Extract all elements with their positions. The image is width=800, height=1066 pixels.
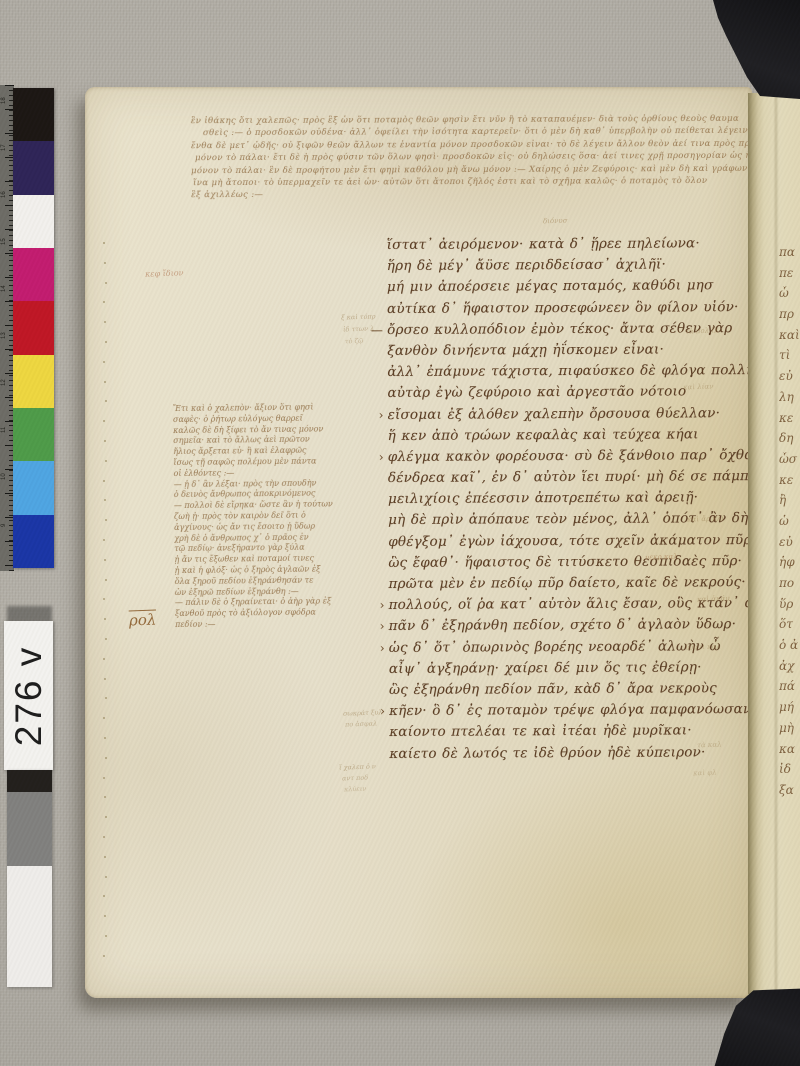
critical-sign: › [365, 641, 385, 655]
color-patch [13, 408, 54, 461]
main-text-line: φθέγξομ᾽ ἐγὼν ἰάχουσα, τότε σχεῖν ἀκάματ… [388, 532, 752, 555]
main-text-line: αἶψ᾽ ἀγξηράνῃ· χαίρει δέ μιν ὅς τις ἐθεί… [389, 659, 753, 682]
margin-note: καὶ ἄρ κλι [687, 514, 724, 523]
main-text-iliad: ἵστατ᾽ ἀειρόμενον· κατὰ δ᾽ ᾕρεε πηλείωνα… [387, 235, 754, 767]
pricking-hole [103, 361, 105, 363]
main-text-line: ὣς ἐξηράνθη πεδίον πᾶν, κὰδ δ᾽ ἄρα νεκρο… [389, 680, 753, 703]
clipped-line-fragment: ἢ [779, 493, 800, 514]
pricking-hole [105, 757, 107, 759]
clipped-line-fragment: ὕρ [779, 597, 800, 618]
main-text-line: ὣς ἔφαθ᾽· ἥφαιστος δὲ τιτύσκετο θεσπιδαὲ… [388, 553, 752, 576]
pricking-hole [105, 579, 107, 581]
color-patch [13, 301, 54, 354]
verse-text: ὣς ἐξηράνθη πεδίον πᾶν, κὰδ δ᾽ ἄρα νεκρο… [389, 680, 717, 698]
margin-note: αντ ποδ [342, 774, 368, 783]
pricking-hole [103, 242, 105, 244]
verse-text: κῆεν· ὃ δ᾽ ἐς ποταμὸν τρέψε φλόγα παμφαν… [389, 701, 756, 719]
main-text-line: μή μιν ἀποέρσειε μέγας ποταμός, καθύδι μ… [387, 277, 751, 300]
main-text-line: δένδρεα καῖ᾽, ἐν δ᾽ αὐτὸν ἵει πυρί· μὴ δ… [388, 468, 752, 491]
clipped-line-fragment: ὁ ἀ [779, 638, 800, 659]
ruler: 1817161514131211109 [0, 85, 14, 571]
main-text-line: πρῶτα μὲν ἐν πεδίῳ πῦρ δαίετο, καῖε δὲ ν… [388, 574, 752, 597]
left-margin-scholia: Ἔτι καὶ ὁ χαλεπὸν· ἄξιον ὅτι φησὶσαφὲς· … [173, 402, 375, 631]
verse-text: αὐτίκα δ᾽ ἥφαιστον προσεφώνεεν ὃν φίλον … [387, 299, 739, 317]
pricking-hole [104, 262, 106, 264]
color-patch [13, 141, 54, 194]
clipped-line-fragment: ξα [779, 783, 800, 804]
clipped-line-fragment: πα [779, 245, 800, 266]
pricking-hole [103, 658, 105, 660]
main-text-line: ›πᾶν δ᾽ ἐξηράνθη πεδίον, σχέτο δ᾽ ἀγλαὸν… [389, 616, 753, 639]
top-scholia-line: ἓξ ἀχιλλέως :— [191, 188, 751, 203]
margin-note: ξ καὶ τόπρ [341, 312, 376, 321]
clipped-line-fragment: ὅτ [779, 617, 800, 638]
top-margin-scholia: ἓν ἰθάκης ὅτι χαλεπῶς· πρὸς ἓξ ὧν ὅτι πο… [191, 114, 751, 203]
pricking-hole [105, 697, 107, 699]
ruler-number: 13 [1, 331, 7, 339]
pricking-hole [103, 420, 105, 422]
pricking-hole [104, 678, 106, 680]
clipped-line-fragment: πά [779, 679, 800, 700]
ruler-number: 18 [1, 96, 7, 104]
verse-text: μειλιχίοις ἐπέεσσιν ἀποτρεπέτω καὶ ἀρειῇ… [388, 490, 698, 508]
grayscale-calibration [7, 770, 52, 987]
clipped-line-fragment: πο [779, 576, 800, 597]
ruler-number: 15 [1, 237, 7, 245]
margin-note: τὰ πολ ἴλ [685, 326, 719, 335]
clipped-line-fragment: ἀχ [779, 659, 800, 680]
pricking-hole [104, 321, 106, 323]
margin-note: ρολ [129, 611, 157, 630]
clipped-line-fragment: ὧ [779, 286, 800, 307]
clipped-line-fragment: κε [779, 411, 800, 432]
pricking-hole [103, 480, 105, 482]
gutter-crease [775, 93, 777, 994]
folio-number: 276 v [8, 645, 50, 746]
verse-text: καίοντο πτελέαι τε καὶ ἰτέαι ἠδὲ μυρῖκαι… [389, 723, 692, 741]
main-text-line: μειλιχίοις ἐπέεσσιν ἀποτρεπέτω καὶ ἀρειῇ… [388, 489, 752, 512]
clipped-line-fragment: ἰδ [779, 762, 800, 783]
main-text-line: ἥρη δὲ μέγ᾽ ἄϋσε περιδδείσασ᾽ ἀχιλῆϊ· [387, 256, 751, 279]
pricking-hole [105, 935, 107, 937]
grayscale-patch [7, 792, 52, 866]
pricking-hole [103, 598, 105, 600]
clipped-line-fragment: τὶ [779, 348, 800, 369]
pricking-hole [104, 381, 106, 383]
pricking-hole [105, 519, 107, 521]
main-text-line: ›κῆεν· ὃ δ᾽ ἐς ποταμὸν τρέψε φλόγα παμφα… [389, 701, 753, 724]
main-text-line: ›εἴσομαι ἐξ ἁλόθεν χαλεπὴν ὄρσουσα θύελλ… [388, 405, 752, 428]
ruler-number: 12 [1, 378, 7, 386]
color-patch [13, 515, 54, 568]
pricking-hole [104, 737, 106, 739]
margin-note: πο ἀσφαλ [345, 719, 377, 728]
margin-note: κλύειν [344, 785, 367, 794]
ruler-number: 9 [1, 519, 7, 527]
critical-sign: › [365, 619, 385, 633]
margin-note: καὶ φλ [693, 769, 717, 778]
clipped-line-fragment: μή [779, 700, 800, 721]
black-cloth-top-right [700, 0, 800, 99]
color-patch [13, 461, 54, 514]
pricking-hole [105, 638, 107, 640]
clipped-line-fragment: ὡ [779, 514, 800, 535]
pricking-hole [103, 895, 105, 897]
label-shadow [7, 606, 52, 622]
pricking-hole [104, 796, 106, 798]
verse-text: ὄρσεο κυλλοπόδιον ἐμὸν τέκος· ἄντα σέθεν… [387, 320, 732, 338]
color-patch [13, 195, 54, 248]
clipped-line-fragment: εὐ [779, 535, 800, 556]
verse-text: αὐτὰρ ἐγὼ ζεφύροιο καὶ ἀργεστᾶο νότοιο [387, 384, 686, 402]
margin-note: καὶ λίαν [683, 382, 714, 391]
pricking-hole [104, 856, 106, 858]
pricking-hole [103, 777, 105, 779]
verse-text: ξανθὸν δινήεντα μάχῃ ἠΐσκομεν εἶναι· [387, 341, 664, 358]
clipped-line-fragment: λη [779, 390, 800, 411]
margin-note: ὕδατι καλ [685, 642, 721, 651]
color-calibration-bar [13, 88, 54, 568]
pricking-hole [104, 915, 106, 917]
verse-text: ἀλλ᾽ ἐπάμυνε τάχιστα, πιφαύσκεο δὲ φλόγα… [387, 362, 767, 380]
color-patch [13, 355, 54, 408]
clipped-line-fragment: ἡφ [779, 555, 800, 576]
verse-text: πρῶτα μὲν ἐν πεδίῳ πῦρ δαίετο, καῖε δὲ ν… [388, 574, 745, 592]
clipped-line-fragment: εὐ [779, 369, 800, 390]
color-patch [13, 248, 54, 301]
clipped-line-fragment: μὴ [779, 721, 800, 742]
main-text-line: αὐτίκα δ᾽ ἥφαιστον προσεφώνεεν ὃν φίλον … [387, 299, 751, 322]
margin-note: κεφ ἴδιον [145, 268, 184, 278]
clipped-line-fragment: ὧσ [779, 452, 800, 473]
verse-text: ἵστατ᾽ ἀειρόμενον· κατὰ δ᾽ ᾕρεε πηλείωνα… [387, 235, 700, 253]
pricking-hole [103, 955, 105, 957]
verse-text: ὣς ἔφαθ᾽· ἥφαιστος δὲ τιτύσκετο θεσπιδαὲ… [388, 553, 742, 571]
manuscript-photo: 1817161514131211109 276 v ἓν ἰθάκης ὅτι … [0, 0, 800, 1066]
ruler-number: 10 [1, 472, 7, 480]
book-fore-edge: παπεὧπρκαὶτὶεὐληκεδηὧσκεἢὡεὐἡφποὕρὅτὁ ἀἀ… [748, 93, 800, 994]
pricking-hole [104, 618, 106, 620]
main-text-line: ἥ κεν ἀπὸ τρώων κεφαλὰς καὶ τεύχεα κήαι [388, 426, 752, 449]
margin-note: νεκρ καλ [645, 552, 678, 561]
critical-sign: › [364, 450, 384, 464]
grayscale-patch [7, 866, 52, 987]
pricking-hole [103, 301, 105, 303]
verse-text: φλέγμα κακὸν φορέουσα· σὺ δὲ ξάνθοιο παρ… [388, 447, 762, 465]
margin-note: ἴ χαλεπ ὁ ν [339, 762, 376, 771]
verse-text: πολλούς, οἵ ῥα κατ᾽ αὐτὸν ἅλις ἔσαν, οὓς… [389, 595, 800, 613]
clipped-line-fragment: πρ [779, 307, 800, 328]
clipped-line-fragment: πε [779, 266, 800, 287]
clipped-line-fragment: καὶ [779, 328, 800, 349]
main-text-line: ἀλλ᾽ ἐπάμυνε τάχιστα, πιφαύσκεο δὲ φλόγα… [387, 362, 751, 385]
color-patch [13, 88, 54, 141]
margin-note: τὰ καλ [697, 741, 722, 750]
margin-note: ἰδ ττων λ [343, 324, 374, 333]
pricking-hole [105, 400, 107, 402]
clipped-line-fragment: κε [779, 473, 800, 494]
clipped-line-fragment: κα [779, 742, 800, 763]
margin-note: διόνυσ [543, 217, 568, 226]
pricking-hole [103, 539, 105, 541]
pricking-hole [104, 499, 106, 501]
margin-note: τὸ ζῷ [345, 337, 364, 346]
ruler-number: 16 [1, 190, 7, 198]
pricking-hole [104, 559, 106, 561]
ruler-number: 11 [1, 425, 7, 433]
left-scholia-line: πεδίον :— [175, 618, 375, 631]
pricking-hole [105, 282, 107, 284]
main-text-line: ›φλέγμα κακὸν φορέουσα· σὺ δὲ ξάνθοιο πα… [388, 447, 752, 470]
verse-text: δένδρεα καῖ᾽, ἐν δ᾽ αὐτὸν ἵει πυρί· μὴ δ… [388, 468, 767, 486]
critical-sign: › [364, 407, 384, 421]
ruler-number: 14 [1, 284, 7, 292]
verse-text: ἥρη δὲ μέγ᾽ ἄϋσε περιδδείσασ᾽ ἀχιλῆϊ· [387, 257, 666, 274]
pricking-hole [105, 460, 107, 462]
folio-label: 276 v [4, 621, 53, 770]
margin-note: σωκράτ ξυλ [343, 708, 383, 717]
main-text-line: ἵστατ᾽ ἀειρόμενον· κατὰ δ᾽ ᾕρεε πηλείωνα… [387, 235, 751, 258]
verse-text: μή μιν ἀποέρσειε μέγας ποταμός, καθύδι μ… [387, 278, 714, 296]
grayscale-patch [7, 770, 52, 792]
verse-text: εἴσομαι ἐξ ἁλόθεν χαλεπὴν ὄρσουσα θύελλα… [388, 405, 721, 423]
verse-text: αἶψ᾽ ἀγξηράνῃ· χαίρει δέ μιν ὅς τις ἐθεί… [389, 659, 702, 677]
margin-note: καὶ ἀκάμ [697, 594, 730, 603]
verse-text: καίετο δὲ λωτός τε ἰδὲ θρύον ἠδὲ κύπειρο… [389, 744, 705, 762]
main-text-line: ξανθὸν δινήεντα μάχῃ ἠΐσκομεν εἶναι· [387, 341, 751, 364]
verse-text: ἥ κεν ἀπὸ τρώων κεφαλὰς καὶ τεύχεα κήαι [388, 426, 699, 444]
manuscript-page: ἓν ἰθάκης ὅτι χαλεπῶς· πρὸς ἓξ ὧν ὅτι πο… [85, 87, 752, 998]
next-folio-clipped-text: παπεὧπρκαὶτὶεὐληκεδηὧσκεἢὡεὐἡφποὕρὅτὁ ἀἀ… [779, 245, 800, 804]
pricking-hole [103, 717, 105, 719]
verse-text: φθέγξομ᾽ ἐγὼν ἰάχουσα, τότε σχεῖν ἀκάματ… [388, 532, 756, 550]
pricking-hole [105, 876, 107, 878]
pricking-hole [103, 836, 105, 838]
pricking-hole [104, 440, 106, 442]
clipped-line-fragment: δη [779, 431, 800, 452]
verse-text: πᾶν δ᾽ ἐξηράνθη πεδίον, σχέτο δ᾽ ἀγλαὸν … [389, 617, 736, 635]
verse-text: ὡς δ᾽ ὅτ᾽ ὀπωρινὸς βορέης νεοαρδέ᾽ ἀλωὴν… [389, 638, 721, 656]
ruler-number: 17 [1, 143, 7, 151]
pricking-hole [105, 341, 107, 343]
critical-sign: › [365, 598, 385, 612]
pricking-hole [105, 816, 107, 818]
